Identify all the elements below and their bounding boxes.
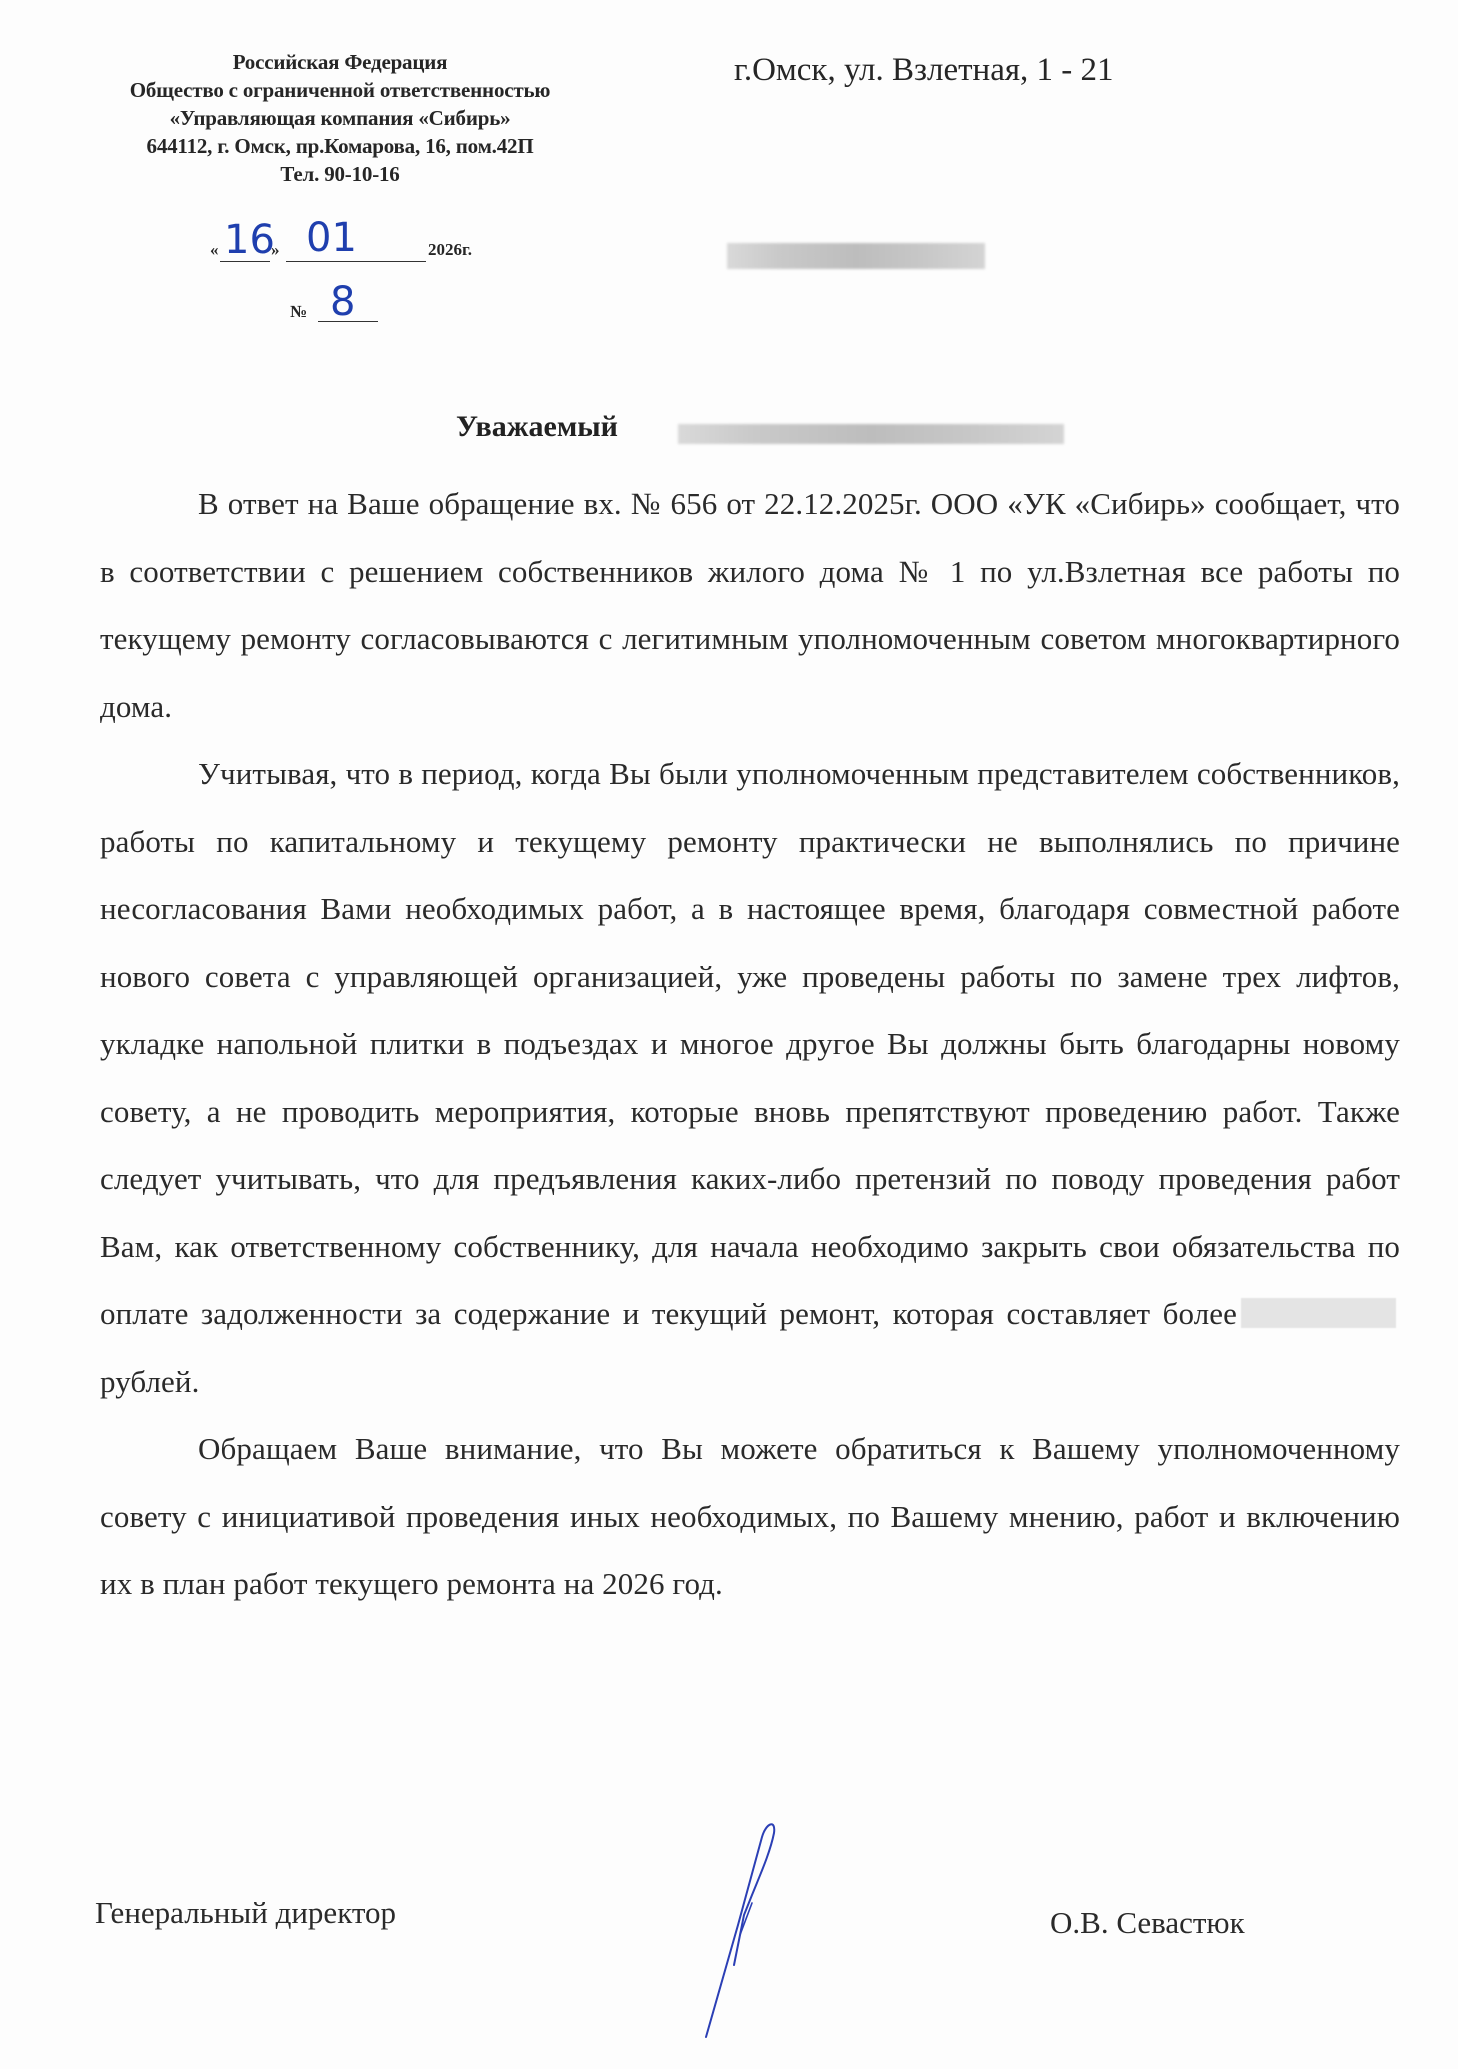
month-underline [286,261,426,262]
date-year: 2026г. [428,240,472,260]
signatory-title: Генеральный директор [95,1895,396,1931]
recipient-address: г.Омск, ул. Взлетная, 1 - 21 [734,52,1114,89]
letter-page: Российская Федерация Общество с ограниче… [0,0,1458,2069]
paragraph-initiative: Обращаем Ваше внимание, что Вы можете об… [100,1415,1400,1618]
date-close-quote: » [271,240,280,260]
paragraph-debt-text: Учитывая, что в период, когда Вы были уп… [100,756,1400,1331]
letterhead-country: Российская Федерация [50,48,630,76]
date-month-handwritten: 01 [306,218,357,258]
paragraph-debt-currency: рублей. [100,1364,199,1399]
paragraph-response: В ответ на Ваше обращение вх. № 656 от 2… [100,470,1400,740]
signatory-name: О.В. Севастюк [1050,1905,1245,1941]
date-day-handwritten: 16 [224,220,275,260]
date-open-quote: « [210,240,219,260]
letter-body: В ответ на Ваше обращение вх. № 656 от 2… [100,470,1400,1618]
letterhead-phone: Тел. 90-10-16 [50,160,630,188]
salutation-label: Уважаемый [456,410,618,443]
recipient-name-redaction [727,243,985,269]
document-number: № 8 [290,288,410,328]
handwritten-signature [700,1815,860,2045]
debt-amount-redaction [1241,1298,1396,1328]
salutation: Уважаемый [456,410,618,444]
letterhead-company-name: «Управляющая компания «Сибирь» [50,104,630,132]
number-label: № [290,302,307,322]
salutation-name-redaction [678,424,1064,444]
letterhead-address: 644112, г. Омск, пр.Комарова, 16, пом.42… [50,132,630,160]
company-letterhead: Российская Федерация Общество с ограниче… [50,48,630,188]
number-handwritten: 8 [330,282,355,322]
paragraph-debt: Учитывая, что в период, когда Вы были уп… [100,740,1400,1415]
letterhead-company-type: Общество с ограниченной ответственностью [50,76,630,104]
